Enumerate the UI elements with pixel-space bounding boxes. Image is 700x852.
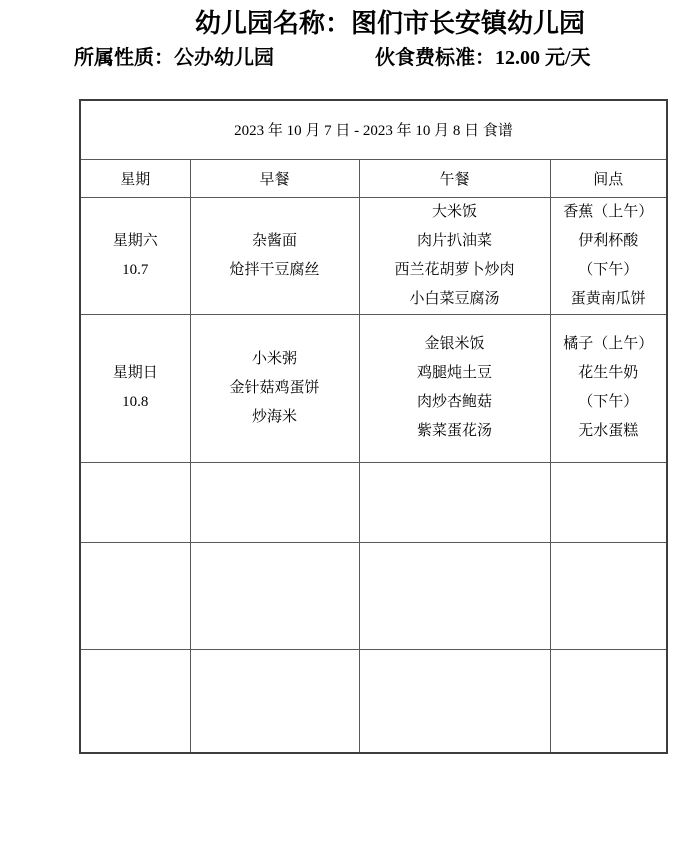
breakfast-cell: 杂酱面 炝拌干豆腐丝 [190,197,359,314]
day-cell-empty [80,542,190,649]
breakfast-cell: 小米粥 金针菇鸡蛋饼 炒海米 [190,314,359,462]
menu-item: 金银米饭 [360,330,550,359]
day-cell: 星期日 10.8 [80,314,190,462]
menu-item: 无水蛋糕 [551,417,667,446]
col-header-day: 星期 [80,159,190,197]
empty-menu-row [80,649,667,753]
menu-item: 肉片扒油菜 [360,227,550,256]
meal-fee-label: 伙食费标准：12.00 元/天 [375,41,591,70]
menu-item: 小米粥 [191,345,359,374]
menu-item: 大米饭 [360,198,550,227]
col-header-breakfast: 早餐 [190,159,359,197]
menu-item: 杂酱面 [191,227,359,256]
menu-item: 炒海米 [191,403,359,432]
day-name: 星期日 [81,359,190,388]
menu-item: 金针菇鸡蛋饼 [191,374,359,403]
lunch-cell-empty [359,649,550,753]
document-page: 幼儿园名称：图们市长安镇幼儿园 所属性质：公办幼儿园 伙食费标准：12.00 元… [0,0,700,852]
day-cell: 星期六 10.7 [80,197,190,314]
lunch-cell: 金银米饭 鸡腿炖土豆 肉炒杏鲍菇 紫菜蛋花汤 [359,314,550,462]
lunch-cell-empty [359,542,550,649]
table-header-row: 星期 早餐 午餐 间点 [80,159,667,197]
menu-item: （下午） [551,388,667,417]
lunch-cell-empty [359,462,550,542]
menu-item: 橘子（上午） [551,330,667,359]
menu-item: 蛋黄南瓜饼 [551,285,667,314]
date-range-caption: 2023 年 10 月 7 日 - 2023 年 10 月 8 日 食谱 [80,100,667,159]
col-header-snack: 间点 [550,159,667,197]
menu-item: 鸡腿炖土豆 [360,359,550,388]
menu-row-saturday: 星期六 10.7 杂酱面 炝拌干豆腐丝 大米饭 肉片扒油菜 西兰花胡萝卜炒肉 小… [80,197,667,314]
day-date: 10.7 [81,256,190,285]
empty-menu-row [80,462,667,542]
breakfast-cell-empty [190,542,359,649]
col-header-lunch: 午餐 [359,159,550,197]
day-cell-empty [80,649,190,753]
empty-menu-row [80,542,667,649]
menu-item: （下午） [551,256,667,285]
snack-cell-empty [550,462,667,542]
kindergarten-name-title: 幼儿园名称：图们市长安镇幼儿园 [80,3,700,40]
menu-item: 伊利杯酸 [551,227,667,256]
day-date: 10.8 [81,388,190,417]
snack-cell-empty [550,542,667,649]
menu-item: 紫菜蛋花汤 [360,417,550,446]
menu-item: 香蕉（上午） [551,198,667,227]
day-name: 星期六 [81,227,190,256]
table-caption-row: 2023 年 10 月 7 日 - 2023 年 10 月 8 日 食谱 [80,100,667,159]
breakfast-cell-empty [190,462,359,542]
snack-cell: 橘子（上午） 花生牛奶 （下午） 无水蛋糕 [550,314,667,462]
menu-item: 肉炒杏鲍菇 [360,388,550,417]
nature-label: 所属性质：公办幼儿园 [74,41,274,70]
menu-item: 花生牛奶 [551,359,667,388]
menu-row-sunday: 星期日 10.8 小米粥 金针菇鸡蛋饼 炒海米 金银米饭 鸡腿炖土豆 肉炒杏鲍菇… [80,314,667,462]
day-cell-empty [80,462,190,542]
snack-cell: 香蕉（上午） 伊利杯酸 （下午） 蛋黄南瓜饼 [550,197,667,314]
lunch-cell: 大米饭 肉片扒油菜 西兰花胡萝卜炒肉 小白菜豆腐汤 [359,197,550,314]
menu-item: 炝拌干豆腐丝 [191,256,359,285]
snack-cell-empty [550,649,667,753]
menu-item: 西兰花胡萝卜炒肉 [360,256,550,285]
breakfast-cell-empty [190,649,359,753]
menu-table: 2023 年 10 月 7 日 - 2023 年 10 月 8 日 食谱 星期 … [79,99,668,754]
menu-item: 小白菜豆腐汤 [360,285,550,314]
